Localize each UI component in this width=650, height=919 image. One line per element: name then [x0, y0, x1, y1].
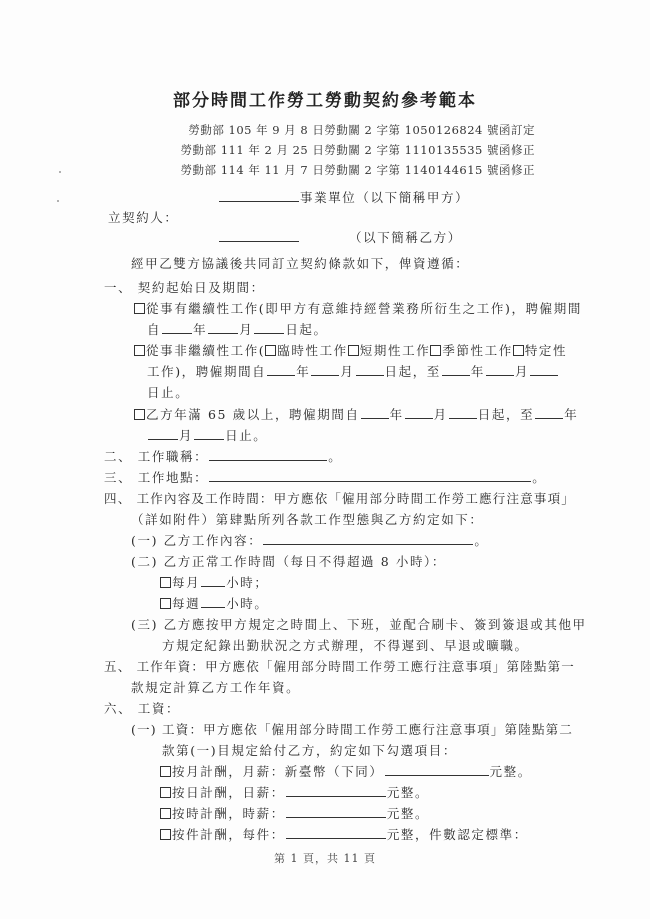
end-day-blank[interactable] — [194, 427, 224, 440]
work-location-blank[interactable] — [209, 469, 531, 482]
start-month-blank[interactable] — [208, 321, 238, 334]
text: 季節性工作 — [442, 343, 513, 358]
parties-label: 立契約人： — [108, 208, 179, 226]
end-day-blank[interactable] — [530, 363, 558, 376]
monthly-pay-checkbox[interactable] — [160, 766, 171, 777]
section-title: 契約起始日及期間： — [138, 280, 265, 295]
text: 工作年資：甲方應依「僱用部分時間工作勞工應行注意事項」第陸點第一 — [137, 659, 575, 674]
field-label: 工作地點： — [138, 470, 209, 485]
text: 日止。 — [225, 428, 267, 443]
monthly-salary-blank[interactable] — [385, 763, 489, 776]
daily-pay-checkbox[interactable] — [160, 787, 171, 798]
per-week-checkbox[interactable] — [160, 598, 171, 609]
text: 乙方年滿 65 歲以上，聘僱期間自 — [146, 407, 360, 422]
text: 工作)，聘僱期間自 — [147, 364, 266, 379]
hours-per-week-blank[interactable] — [201, 595, 225, 608]
s4-sub3-line1: (三) 乙方應按甲方規定之時間上、下班，並配合刷卡、簽到簽退或其他甲 — [131, 615, 587, 633]
start-day-blank[interactable] — [356, 363, 384, 376]
text: 年 — [471, 364, 485, 379]
section-6-heading: 六、 工資： — [104, 699, 180, 717]
s1-option2-line3: 日止。 — [147, 383, 189, 401]
section-number: 六、 — [104, 701, 132, 716]
text: 。 — [474, 533, 488, 548]
employee-name-blank[interactable] — [219, 229, 299, 242]
work-content-blank[interactable] — [263, 532, 473, 545]
s4-sub2-work-hours: (二) 乙方正常工作時間（每日不得超過 8 小時）： — [131, 552, 446, 570]
end-year-blank[interactable] — [442, 363, 470, 376]
employee-suffix: （以下簡稱乙方） — [349, 230, 462, 245]
s1-option2-line1: 從事非繼續性工作(臨時性工作短期性工作季節性工作特定性 — [134, 341, 567, 359]
end-month-blank[interactable] — [486, 363, 514, 376]
text: 元整。 — [387, 806, 429, 821]
text: 工資：甲方應依「僱用部分時間工作勞工應行注意事項」第陸點第二 — [162, 722, 573, 737]
hours-per-month-blank[interactable] — [201, 574, 225, 587]
text: 乙方應按甲方規定之時間上、下班，並配合刷卡、簽到簽退或其他甲 — [164, 617, 587, 632]
section-3-work-location: 三、 工作地點：。 — [104, 468, 546, 486]
text: 年 — [390, 407, 404, 422]
seasonal-work-checkbox[interactable] — [430, 345, 441, 356]
section-number: 四、 — [104, 491, 131, 506]
end-year-blank[interactable] — [535, 406, 563, 419]
s1-option2-line2: 工作)，聘僱期間自年月日起，至年月 — [147, 362, 559, 380]
s6-monthly-pay: 按月計酬，月薪：新臺幣（下同）元整。 — [160, 762, 532, 780]
s4-sub1-work-content: (一) 乙方工作內容：。 — [131, 531, 488, 549]
text: 年 — [564, 407, 578, 422]
reference-line-2: 勞動部 111 年 2 月 25 日勞動關 2 字第 1110135535 號函… — [181, 142, 535, 158]
option-label: 從事有繼續性工作(即甲方有意維持經營業務所衍生之工作)，聘僱期間 — [146, 301, 582, 316]
text: 元整。 — [490, 764, 532, 779]
start-year-blank[interactable] — [162, 321, 192, 334]
daily-wage-blank[interactable] — [286, 784, 386, 797]
s1-option1-line1: 從事有繼續性工作(即甲方有意維持經營業務所衍生之工作)，聘僱期間 — [134, 299, 582, 317]
text: 元整，件數認定標準： — [387, 827, 528, 842]
specific-work-checkbox[interactable] — [513, 345, 524, 356]
section-4-line1: 四、 工作內容及工作時間：甲方應依「僱用部分時間工作勞工應行注意事項」 — [104, 489, 575, 507]
employer-suffix: 事業單位（以下簡稱甲方） — [300, 190, 469, 205]
section-title: 工資： — [138, 701, 180, 716]
document-page: 部分時間工作勞工勞動契約參考範本 勞動部 105 年 9 月 8 日勞動關 2 … — [0, 0, 650, 919]
start-day-blank[interactable] — [449, 406, 477, 419]
short-term-work-checkbox[interactable] — [348, 345, 359, 356]
section-1-heading: 一、 契約起始日及期間： — [104, 278, 265, 296]
text: 年 — [296, 364, 310, 379]
text: 按件計酬，每件： — [172, 827, 285, 842]
s1-option1-line2: 自年月日起。 — [147, 320, 328, 338]
text: 月 — [515, 364, 529, 379]
field-label: 工作職稱： — [138, 449, 209, 464]
section-2-job-title: 二、 工作職稱：。 — [104, 447, 342, 465]
s1-option3-line1: 乙方年滿 65 歲以上，聘僱期間自年月日起，至年 — [134, 405, 578, 423]
text: 。 — [328, 449, 342, 464]
text: 月 — [179, 428, 193, 443]
section-number: 二、 — [104, 449, 132, 464]
text: 小時。 — [226, 596, 268, 611]
employee-line: （以下簡稱乙方） — [218, 228, 462, 246]
text: 小時； — [226, 575, 268, 590]
text: 日起，至 — [385, 364, 441, 379]
page-footer: 第 1 頁，共 11 頁 — [0, 850, 650, 866]
start-month-blank[interactable] — [405, 406, 433, 419]
job-title-blank[interactable] — [209, 448, 327, 461]
per-month-checkbox[interactable] — [160, 577, 171, 588]
text: 年 — [193, 322, 207, 337]
s4-hours-per-week: 每週小時。 — [160, 594, 269, 612]
text: 。 — [532, 470, 546, 485]
start-month-blank[interactable] — [311, 363, 339, 376]
start-year-blank[interactable] — [267, 363, 295, 376]
text: 日起，至 — [478, 407, 534, 422]
sub-number: (三) — [131, 617, 158, 632]
s6-sub1-line2: 款第(一)目規定給付乙方，約定如下勾選項目： — [162, 741, 457, 759]
field-label: 乙方工作內容： — [164, 533, 263, 548]
text: 元整。 — [387, 785, 429, 800]
section-5-line2: 款規定計算乙方工作年資。 — [131, 678, 300, 696]
sub-number: (一) — [131, 533, 158, 548]
text: 特定性 — [525, 343, 567, 358]
s4-sub3-line2: 方規定紀錄出勤狀況之方式辦理，不得遲到、早退或曠職。 — [162, 636, 529, 654]
preamble: 經甲乙雙方協議後共同訂立契約條款如下，俾資遵循： — [131, 254, 469, 272]
piece-pay-checkbox[interactable] — [160, 829, 171, 840]
hourly-pay-checkbox[interactable] — [160, 808, 171, 819]
employer-name-blank[interactable] — [219, 189, 299, 202]
section-number: 五、 — [104, 659, 131, 674]
section-number: 一、 — [104, 280, 132, 295]
document-title: 部分時間工作勞工勞動契約參考範本 — [0, 86, 650, 111]
age-65-checkbox[interactable] — [134, 409, 145, 420]
s6-piece-pay: 按件計酬，每件：元整，件數認定標準： — [160, 825, 528, 843]
reference-line-1: 勞動部 105 年 9 月 8 日勞動關 2 字第 1050126824 號函訂… — [188, 122, 535, 138]
s6-daily-pay: 按日計酬，日薪：元整。 — [160, 783, 429, 801]
section-5-line1: 五、 工作年資：甲方應依「僱用部分時間工作勞工應行注意事項」第陸點第一 — [104, 657, 575, 675]
text: 短期性工作 — [360, 343, 431, 358]
text: 自 — [147, 322, 161, 337]
field-label: 乙方正常工作時間（每日不得超過 8 小時）： — [164, 554, 446, 569]
text: 按月計酬，月薪：新臺幣（下同） — [172, 764, 384, 779]
s4-hours-per-month: 每月小時； — [160, 573, 269, 591]
text: 每週 — [172, 596, 200, 611]
text: 按日計酬，日薪： — [172, 785, 285, 800]
text: 月 — [239, 322, 253, 337]
text: 日起。 — [285, 322, 327, 337]
start-day-blank[interactable] — [254, 321, 284, 334]
temporary-work-checkbox[interactable] — [265, 345, 276, 356]
section-number: 三、 — [104, 470, 132, 485]
piece-rate-blank[interactable] — [286, 826, 386, 839]
continuous-work-checkbox[interactable] — [134, 303, 145, 314]
scan-speck — [59, 171, 61, 173]
section-4-line2: （詳如附件）第肆點所列各款工作型態與乙方約定如下： — [131, 510, 484, 528]
reference-line-3: 勞動部 114 年 11 月 7 日勞動關 2 字第 1140144615 號函… — [181, 162, 535, 178]
sub-number: (一) — [131, 722, 157, 737]
text: 從事非繼續性工作( — [146, 343, 265, 358]
start-year-blank[interactable] — [361, 406, 389, 419]
text: 月 — [340, 364, 354, 379]
s6-sub1-line1: (一) 工資：甲方應依「僱用部分時間工作勞工應行注意事項」第陸點第二 — [131, 720, 573, 738]
s6-hourly-pay: 按時計酬，時薪：元整。 — [160, 804, 429, 822]
scan-speck — [57, 200, 59, 202]
text: 月 — [434, 407, 448, 422]
text: 臨時性工作 — [277, 343, 348, 358]
text: 工作內容及工作時間：甲方應依「僱用部分時間工作勞工應行注意事項」 — [137, 491, 575, 506]
hourly-wage-blank[interactable] — [286, 805, 386, 818]
text: 每月 — [172, 575, 200, 590]
end-month-blank[interactable] — [148, 427, 178, 440]
employer-line: 事業單位（以下簡稱甲方） — [218, 188, 469, 206]
sub-number: (二) — [131, 554, 158, 569]
non-continuous-work-checkbox[interactable] — [134, 345, 145, 356]
s1-option3-line2: 月日止。 — [147, 426, 267, 444]
text: 按時計酬，時薪： — [172, 806, 285, 821]
